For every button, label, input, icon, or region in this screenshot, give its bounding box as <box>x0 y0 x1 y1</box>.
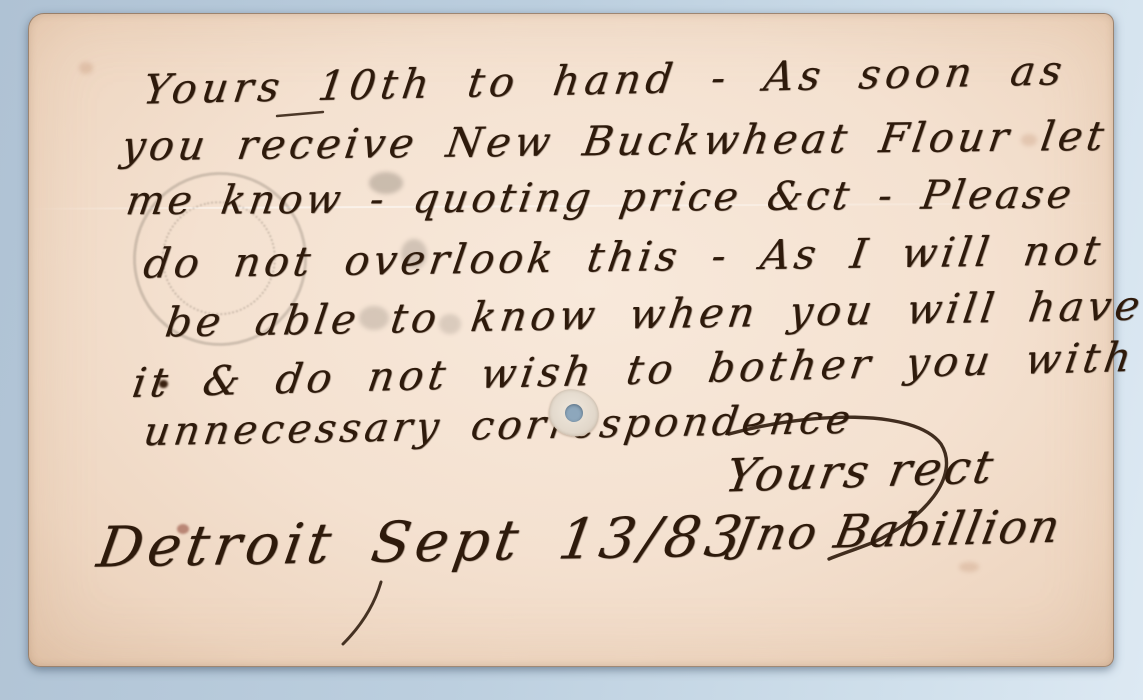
foxing-spot <box>1021 134 1037 146</box>
signoff-text: Yours rect <box>721 439 1000 502</box>
handwritten-line: you receive New Buckwheat Flour let <box>119 112 1111 170</box>
photo-background: Yours 10th to hand - As soon as you rece… <box>0 0 1143 700</box>
foxing-spot <box>79 62 93 74</box>
handwritten-line: me know - quoting price &ct - Please <box>123 172 1078 225</box>
handwritten-line: unnecessary correspondence <box>141 397 857 455</box>
ink-blot <box>159 380 168 388</box>
ink-blot <box>177 524 189 534</box>
handwritten-line: Yours 10th to hand - As soon as <box>140 46 1069 113</box>
signature-text: Jno Babillion <box>731 499 1066 561</box>
punch-hole <box>563 402 585 424</box>
foxing-spot <box>959 562 979 572</box>
dateline-text: Detroit Sept 13/83 <box>93 504 751 580</box>
postcard: Yours 10th to hand - As soon as you rece… <box>28 13 1114 667</box>
